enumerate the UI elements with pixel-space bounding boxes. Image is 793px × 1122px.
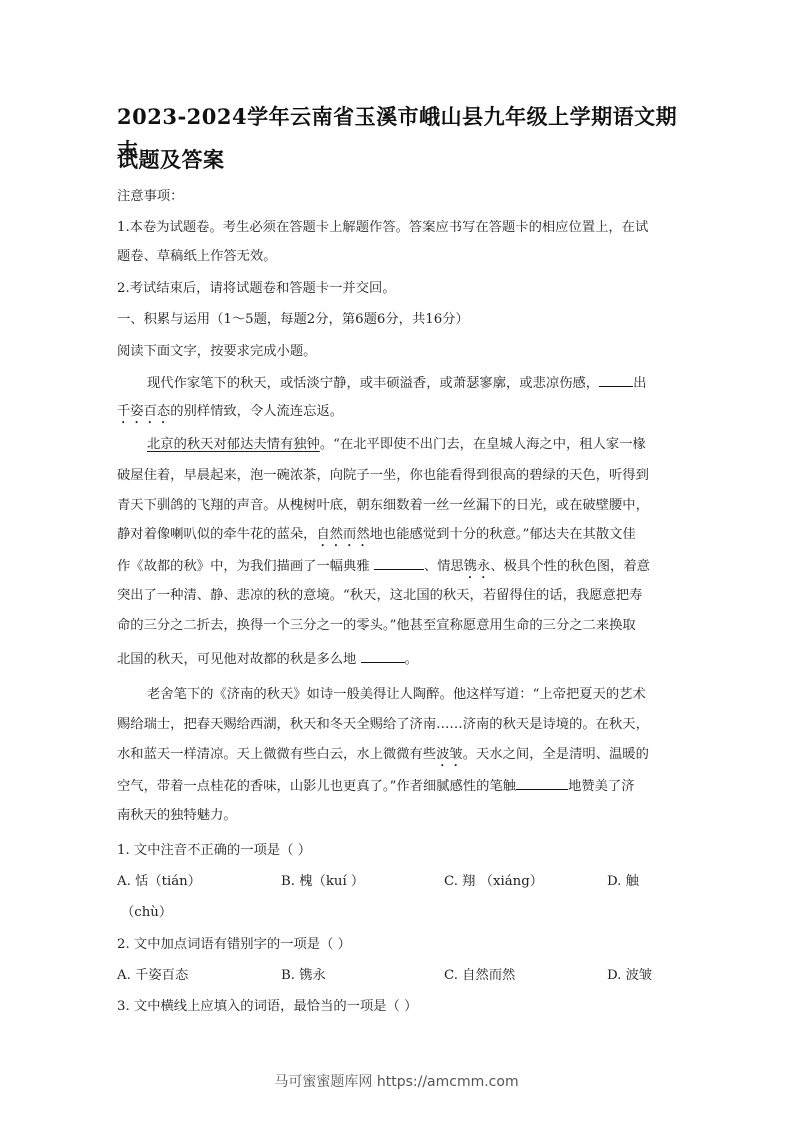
dotted-word-juanyong: 镌永 bbox=[464, 559, 491, 574]
question-1-option-d[interactable]: D. 触 bbox=[607, 873, 639, 891]
passage-p2-line6: 突出了一种清、静、悲凉的秋的意境。“秋天，这北国的秋天，若留得住的话，我愿意把寿 bbox=[117, 587, 687, 605]
passage-p2-line3: 青天下驯鸽的飞翔的声音。从槐树叶底，朝东细数着一丝一丝漏下的日光，或在破壁腰中， bbox=[117, 497, 687, 515]
passage-text: 作《故都的秋》中，为我们描画了一幅典雅 bbox=[117, 559, 370, 574]
passage-text: 现代作家笔下的秋天，或恬淡宁静，或丰硕溢香，或萧瑟寥廓，或悲凉伤感， bbox=[147, 376, 599, 391]
fill-blank-4[interactable] bbox=[516, 777, 568, 790]
passage-text: 、情思 bbox=[424, 559, 464, 574]
question-3-stem: 3. 文中横线上应填入的词语，最恰当的一项是（ ） bbox=[117, 998, 687, 1016]
fill-blank-1[interactable] bbox=[599, 374, 633, 387]
dotted-word-bozhou: 波皱 bbox=[436, 747, 463, 762]
notice-heading: 注意事项： bbox=[117, 188, 687, 206]
question-1-option-c[interactable]: C. 翔 （xiáng） bbox=[444, 873, 543, 891]
passage-text: 地赞美了济 bbox=[568, 779, 634, 794]
passage-p1-line1: 现代作家笔下的秋天，或恬淡宁静，或丰硕溢香，或萧瑟寥廓，或悲凉伤感，出 bbox=[147, 374, 717, 393]
passage-p2-line2: 破屋住着，早晨起来，泡一碗浓茶，向院子一坐，你也能看得到很高的碧绿的天色，听得到 bbox=[117, 467, 687, 485]
question-1-stem: 1. 文中注音不正确的一项是（ ） bbox=[117, 842, 687, 860]
document-title-line2: 试题及答案 bbox=[117, 143, 687, 177]
notice-item-1: 1.本卷为试题卷。考生必须在答题卡上解题作答。答案应书写在答题卡的相应位置上，在… bbox=[117, 219, 687, 237]
passage-p2-line4: 静对着像喇叭似的牵牛花的蓝朵，自然而然地也能感觉到十分的秋意。”郁达夫在其散文佳 bbox=[117, 526, 687, 550]
passage-p3-line2: 赐给瑞士，把春天赐给西湖，秋天和冬天全赐给了济南……济南的秋天是诗境的。在秋天， bbox=[117, 716, 687, 734]
passage-text: 。天水之间，全是清明、温暖的 bbox=[463, 747, 649, 762]
watermark-footer: 马可蜜蜜题库网 https://amcmm.com bbox=[0, 1071, 793, 1091]
passage-p2-line8: 北国的秋天，可见他对故都的秋是多么地 。 bbox=[117, 650, 687, 669]
question-1-option-a[interactable]: A. 恬（tián） bbox=[117, 873, 201, 891]
passage-text: 。“在北平即使不出门去，在皇城人海之中，租人家一椽 bbox=[320, 437, 646, 452]
passage-text: 。 bbox=[405, 652, 418, 667]
exam-page: 2023-2024学年云南省玉溪市峨山县九年级上学期语文期末 试题及答案 注意事… bbox=[0, 0, 793, 1122]
passage-p1-line2: 千姿百态的别样情致，令人流连忘返。 bbox=[117, 403, 687, 427]
dotted-word-ziranerran: 自然而然 bbox=[316, 527, 369, 542]
passage-p3-line5: 南秋天的独特魅力。 bbox=[117, 807, 687, 825]
passage-p3-line1: 老舍笔下的《济南的秋天》如诗一般美得让人陶醉。他这样写道：“上帝把夏天的艺术 bbox=[147, 686, 717, 704]
passage-text: 出 bbox=[633, 376, 646, 391]
fill-blank-2[interactable] bbox=[374, 557, 424, 570]
passage-text: 北国的秋天，可见他对故都的秋是多么地 bbox=[117, 652, 356, 667]
passage-text: 水和蓝天一样清凉。天上微微有些白云，水上微微有些 bbox=[117, 747, 436, 762]
underlined-sentence: 北京的秋天对郁达夫情有独钟 bbox=[147, 437, 320, 452]
question-1-option-b[interactable]: B. 槐（kuí ） bbox=[281, 873, 364, 891]
question-2-option-d[interactable]: D. 波皱 bbox=[607, 967, 652, 985]
fill-blank-3[interactable] bbox=[361, 650, 405, 663]
question-1-option-d-pinyin: （chù） bbox=[121, 904, 691, 922]
notice-item-2: 2.考试结束后，请将试题卷和答题卡一并交回。 bbox=[117, 280, 687, 298]
passage-p2-line1: 北京的秋天对郁达夫情有独钟。“在北平即使不出门去，在皇城人海之中，租人家一椽 bbox=[147, 436, 717, 454]
passage-text: 静对着像喇叭似的牵牛花的蓝朵， bbox=[117, 527, 316, 542]
passage-text: 、极具个性的秋色图，着意 bbox=[490, 559, 650, 574]
notice-item-1-cont: 题卷、草稿纸上作答无效。 bbox=[117, 248, 687, 266]
question-2-option-b[interactable]: B. 镌永 bbox=[281, 967, 326, 985]
reading-instruction: 阅读下面文字，按要求完成小题。 bbox=[117, 343, 687, 361]
passage-p3-line3: 水和蓝天一样清凉。天上微微有些白云，水上微微有些波皱。天水之间，全是清明、温暖的 bbox=[117, 746, 687, 770]
question-2-option-a[interactable]: A. 千姿百态 bbox=[117, 967, 188, 985]
passage-text: 的别样情致，令人流连忘返。 bbox=[170, 404, 343, 419]
dotted-word-qianzibaitai: 千姿百态 bbox=[117, 404, 170, 419]
passage-p3-line4: 空气，带着一点桂花的香味，山影儿也更真了。”作者细腻感性的笔触地赞美了济 bbox=[117, 777, 687, 796]
question-2-stem: 2. 文中加点词语有错别字的一项是（ ） bbox=[117, 936, 687, 954]
section-heading: 一、积累与运用（1～5题，每题2分，第6题6分，共16分） bbox=[117, 311, 687, 329]
passage-text: 空气，带着一点桂花的香味，山影儿也更真了。”作者细腻感性的笔触 bbox=[117, 779, 516, 794]
passage-text: 地也能感觉到十分的秋意。”郁达夫在其散文佳 bbox=[370, 527, 636, 542]
passage-p2-line5: 作《故都的秋》中，为我们描画了一幅典雅 、情思镌永、极具个性的秋色图，着意 bbox=[117, 557, 687, 582]
passage-p2-line7: 命的三分之二折去，换得一个三分之一的零头。”他甚至宣称愿意用生命的三分之二来换取 bbox=[117, 617, 687, 635]
question-2-option-c[interactable]: C. 自然而然 bbox=[444, 967, 515, 985]
